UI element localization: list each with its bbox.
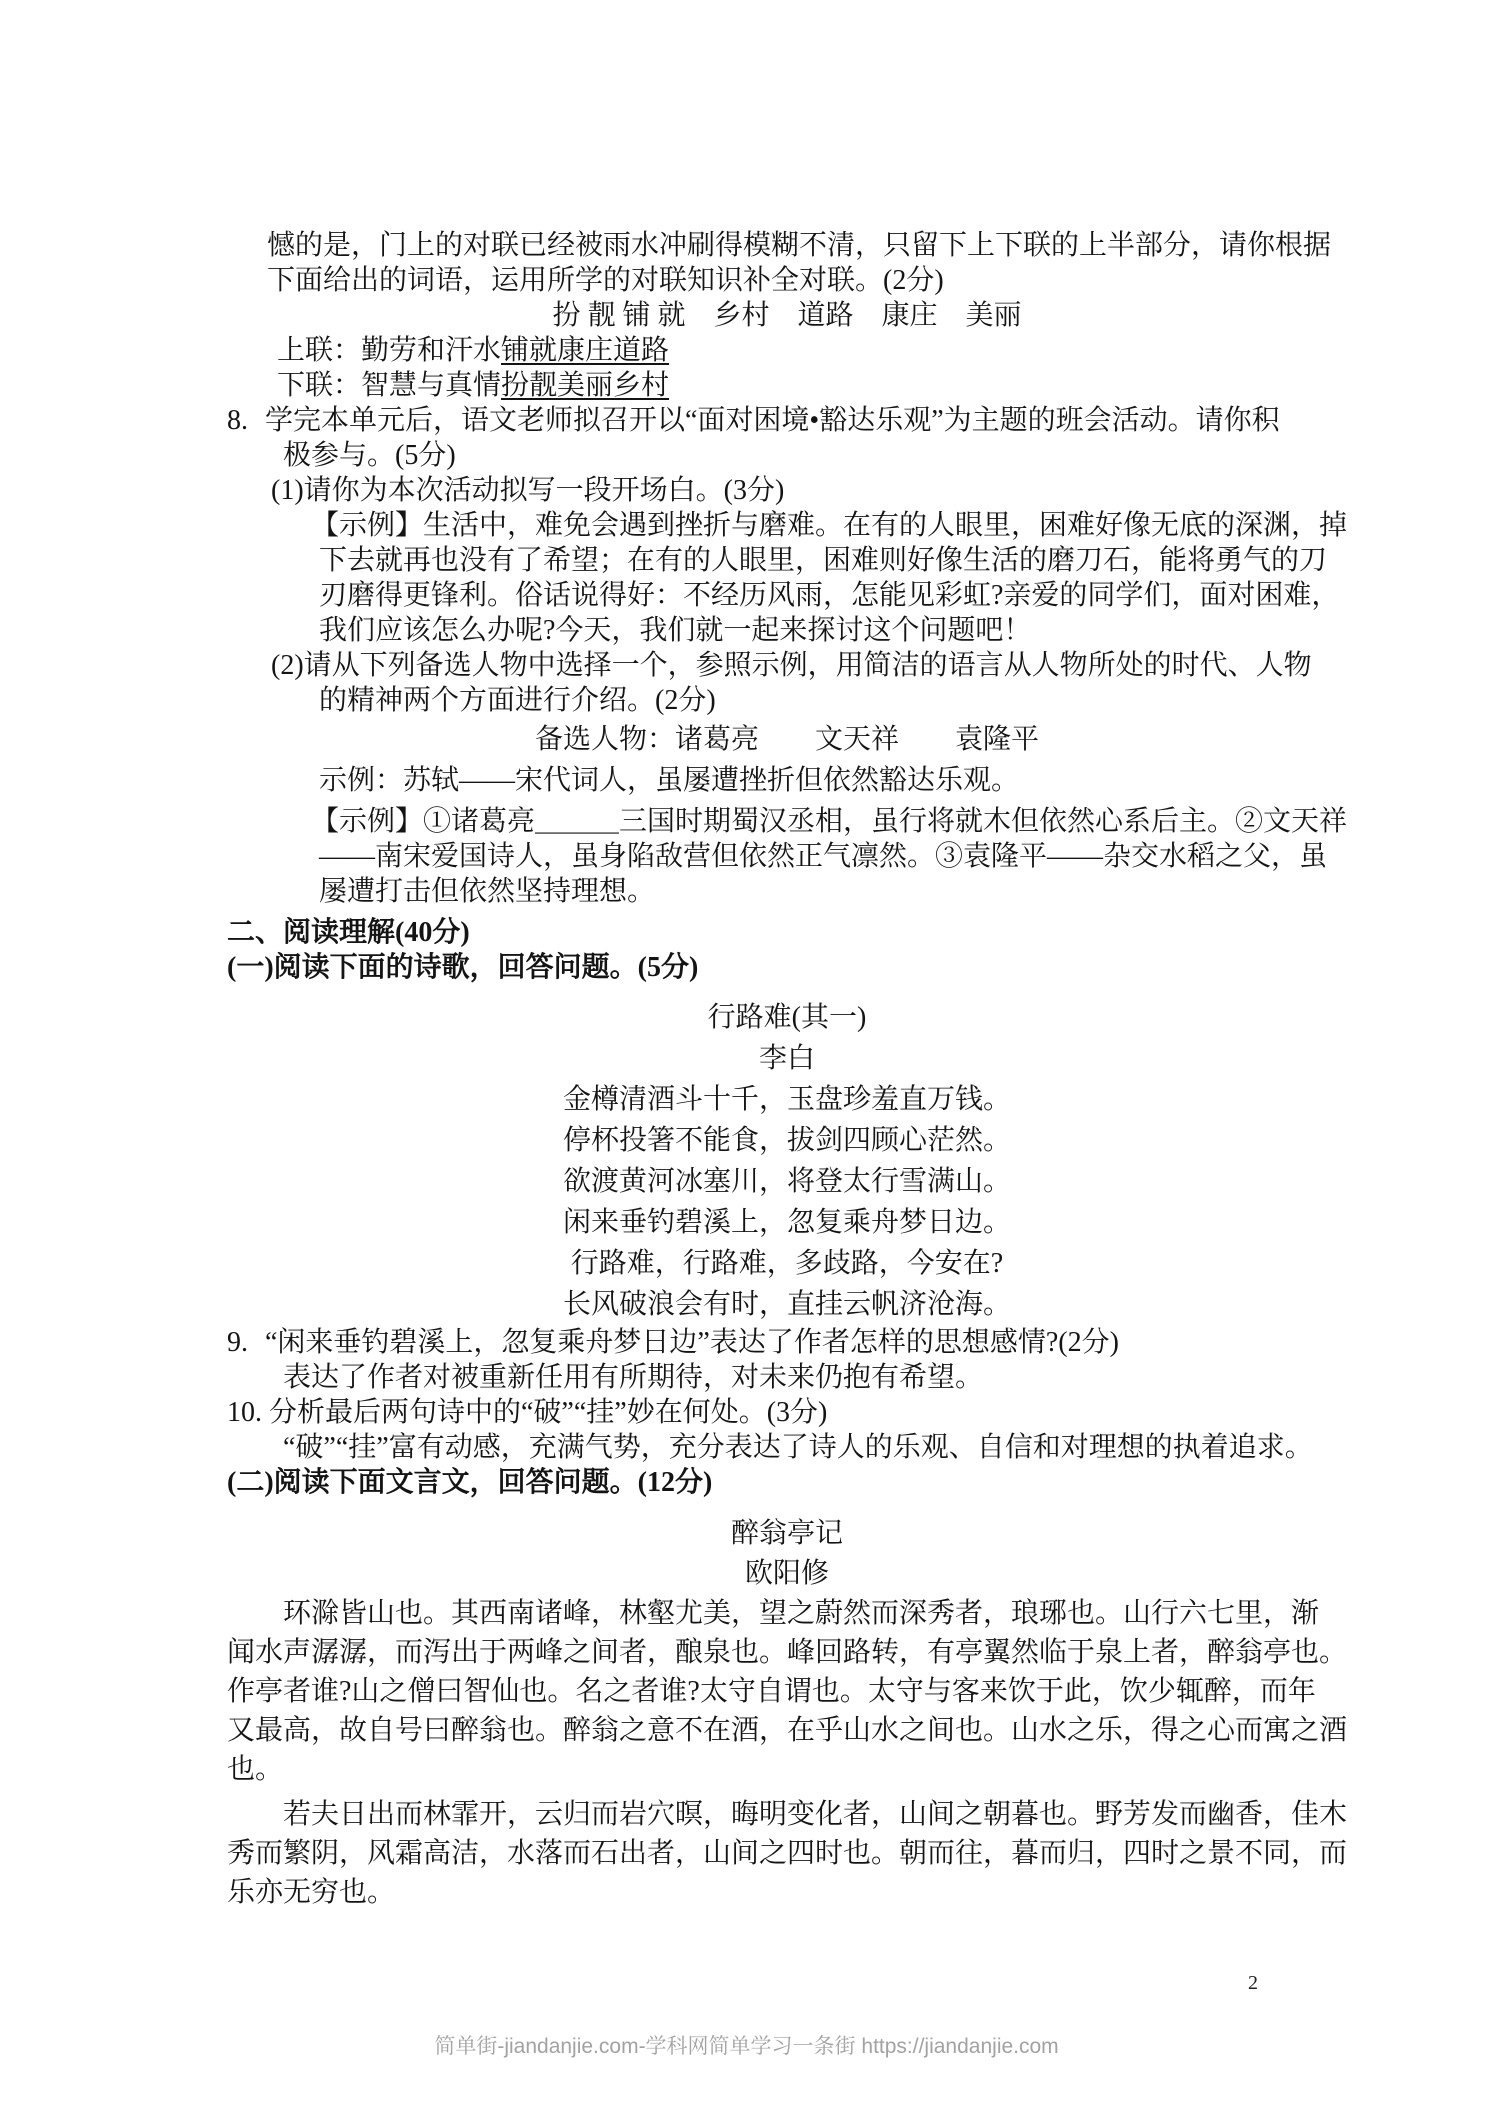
q9-answer: 表达了作者对被重新任用有所期待，对未来仍抱有希望。 xyxy=(227,1360,1347,1395)
poem-line: 闲来垂钓碧溪上，忽复乘舟梦日边。 xyxy=(227,1202,1347,1243)
essay-author: 欧阳修 xyxy=(227,1554,1347,1594)
essay-p1-line-3: 作亭者谁?山之僧曰智仙也。名之者谁?太守自谓也。太守与客来饮于此，饮少辄醉，而年 xyxy=(227,1672,1347,1711)
q7-first-couplet-label: 上联：勤劳和汗水 xyxy=(277,335,501,366)
q7-word-bank: 扮 靓 铺 就 乡村 道路 康庄 美丽 xyxy=(227,298,1347,333)
essay-p2-line-1: 若夫日出而林霏开，云归而岩穴暝，晦明变化者，山间之朝暮也。野芳发而幽香，佳木 xyxy=(227,1795,1347,1834)
essay-p1-line-5: 也。 xyxy=(227,1750,1347,1789)
footer-watermark: 简单街-jiandanjie.com-学科网简单学习一条街 https://ji… xyxy=(0,2030,1493,2060)
q8-candidates: 备选人物：诸葛亮 文天祥 袁隆平 xyxy=(227,722,1347,757)
q8-answer-line-1: 【示例】①诸葛亮＿＿＿三国时期蜀汉丞相，虽行将就木但依然心系后主。②文天祥 xyxy=(227,804,1347,839)
q10-stem-line: 10.分析最后两句诗中的“破”“挂”妙在何处。(3分) xyxy=(227,1395,1347,1430)
q7-second-couplet-answer: 扮靓美丽乡村 xyxy=(501,370,669,401)
q8-part2-stem-line-2: 的精神两个方面进行介绍。(2分) xyxy=(227,683,1347,718)
q10-answer: “破”“挂”富有动感，充满气势，充分表达了诗人的乐观、自信和对理想的执着追求。 xyxy=(227,1430,1347,1465)
q8-part1-answer-line-4: 我们应该怎么办呢?今天，我们就一起来探讨这个问题吧！ xyxy=(227,613,1347,648)
poem-line: 行路难，行路难，多歧路，今安在? xyxy=(227,1243,1347,1284)
q7-second-couplet-label: 下联：智慧与真情 xyxy=(277,370,501,401)
essay-title-block: 醉翁亭记 欧阳修 xyxy=(227,1514,1347,1594)
page-content: 憾的是，门上的对联已经被雨水冲刷得模糊不清，只留下上下联的上半部分，请你根据 下… xyxy=(227,228,1347,1912)
q8-answer-line-2: ——南宋爱国诗人，虽身陷敌营但依然正气凛然。③袁隆平——杂交水稻之父，虽 xyxy=(227,839,1347,874)
q9-number: 9. xyxy=(227,1325,265,1360)
q8-part2-stem-line-1: (2)请从下列备选人物中选择一个，参照示例，用简洁的语言从人物所处的时代、人物 xyxy=(227,648,1347,683)
q10-stem-text: 分析最后两句诗中的“破”“挂”妙在何处。(3分) xyxy=(269,1397,827,1428)
essay-p2-line-2: 秀而繁阴，风霜高洁，水落而石出者，山间之四时也。朝而往，暮而归，四时之景不同，而 xyxy=(227,1834,1347,1873)
section2-part1-heading: (一)阅读下面的诗歌，回答问题。(5分) xyxy=(227,950,1347,985)
essay-p1-line-4: 又最高，故自号曰醉翁也。醉翁之意不在酒，在乎山水之间也。山水之乐，得之心而寓之酒 xyxy=(227,1711,1347,1750)
q7-second-couplet-line: 下联：智慧与真情扮靓美丽乡村 xyxy=(227,368,1347,403)
exam-paper-page: 憾的是，门上的对联已经被雨水冲刷得模糊不清，只留下上下联的上半部分，请你根据 下… xyxy=(0,0,1493,2112)
q7-first-couplet-answer: 铺就康庄道路 xyxy=(501,335,669,366)
essay-p2-line-3: 乐亦无穷也。 xyxy=(227,1873,1347,1912)
q9-stem-text: “闲来垂钓碧溪上，忽复乘舟梦日边”表达了作者怎样的思想感情?(2分) xyxy=(265,1327,1119,1358)
q8-answer-line-3: 屡遭打击但依然坚持理想。 xyxy=(227,874,1347,909)
q7-stem-line-2: 下面给出的词语，运用所学的对联知识补全对联。(2分) xyxy=(227,263,1347,298)
q8-part1-answer-line-3: 刃磨得更锋利。俗话说得好：不经历风雨，怎能见彩虹?亲爱的同学们，面对困难， xyxy=(227,578,1347,613)
q10-number: 10. xyxy=(227,1395,269,1430)
q7-stem-line-1: 憾的是，门上的对联已经被雨水冲刷得模糊不清，只留下上下联的上半部分，请你根据 xyxy=(227,228,1347,263)
poem-line: 欲渡黄河冰塞川，将登太行雪满山。 xyxy=(227,1161,1347,1202)
q8-number: 8. xyxy=(227,403,265,438)
q8-stem-line-1: 8.学完本单元后，语文老师拟召开以“面对困境•豁达乐观”为主题的班会活动。请你积 xyxy=(227,403,1347,438)
poem-author: 李白 xyxy=(227,1038,1347,1079)
q8-part1-answer-line-2: 下去就再也没有了希望；在有的人眼里，困难则好像生活的磨刀石，能将勇气的刀 xyxy=(227,543,1347,578)
poem-title: 行路难(其一) xyxy=(227,997,1347,1038)
essay-p1-line-1: 环滁皆山也。其西南诸峰，林壑尤美，望之蔚然而深秀者，琅琊也。山行六七里，渐 xyxy=(227,1594,1347,1633)
essay-p1-line-2: 闻水声潺潺，而泻出于两峰之间者，酿泉也。峰回路转，有亭翼然临于泉上者，醉翁亭也。 xyxy=(227,1633,1347,1672)
q8-example: 示例：苏轼——宋代词人，虽屡遭挫折但依然豁达乐观。 xyxy=(227,763,1347,798)
essay-paragraph-1: 环滁皆山也。其西南诸峰，林壑尤美，望之蔚然而深秀者，琅琊也。山行六七里，渐 闻水… xyxy=(227,1594,1347,1789)
q8-stem-text-1: 学完本单元后，语文老师拟召开以“面对困境•豁达乐观”为主题的班会活动。请你积 xyxy=(265,405,1280,436)
poem-block: 行路难(其一) 李白 金樽清酒斗十千，玉盘珍羞直万钱。 停杯投箸不能食，拔剑四顾… xyxy=(227,997,1347,1325)
q8-part1-answer-line-1: 【示例】生活中，难免会遇到挫折与磨难。在有的人眼里，困难好像无底的深渊，掉 xyxy=(227,508,1347,543)
q8-stem-line-2: 极参与。(5分) xyxy=(227,438,1347,473)
poem-line: 停杯投箸不能食，拔剑四顾心茫然。 xyxy=(227,1120,1347,1161)
q7-first-couplet-line: 上联：勤劳和汗水铺就康庄道路 xyxy=(227,333,1347,368)
poem-line: 金樽清酒斗十千，玉盘珍羞直万钱。 xyxy=(227,1079,1347,1120)
essay-title: 醉翁亭记 xyxy=(227,1514,1347,1554)
section2-part2-heading: (二)阅读下面文言文，回答问题。(12分) xyxy=(227,1465,1347,1500)
section2-heading: 二、阅读理解(40分) xyxy=(227,915,1347,950)
q9-stem-line: 9.“闲来垂钓碧溪上，忽复乘舟梦日边”表达了作者怎样的思想感情?(2分) xyxy=(227,1325,1347,1360)
poem-line: 长风破浪会有时，直挂云帆济沧海。 xyxy=(227,1284,1347,1325)
essay-paragraph-2: 若夫日出而林霏开，云归而岩穴暝，晦明变化者，山间之朝暮也。野芳发而幽香，佳木 秀… xyxy=(227,1795,1347,1912)
q8-part1-stem: (1)请你为本次活动拟写一段开场白。(3分) xyxy=(227,473,1347,508)
page-number: 2 xyxy=(1248,1972,1258,1995)
